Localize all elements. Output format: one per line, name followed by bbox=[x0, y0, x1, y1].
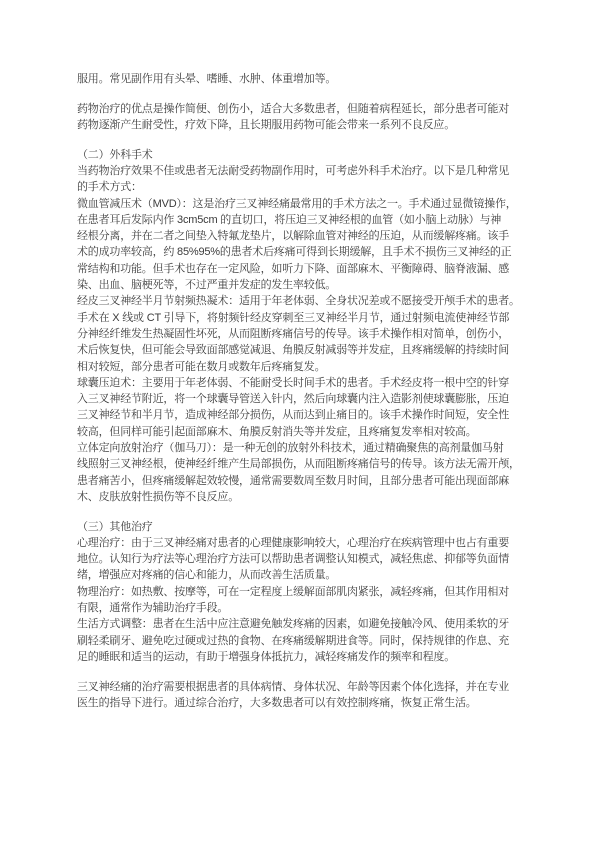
text-line: 常结构和功能。但手术也存在一定风险，如听力下降、面部麻木、平衡障碍、脑脊液漏、感 bbox=[77, 261, 518, 277]
document-body: 服用。常见副作用有头晕、嗜睡、水肿、体重增加等。药物治疗的优点是操作简便、创伤小… bbox=[77, 71, 518, 711]
text-line: 医生的指导下进行。通过综合治疗，大多数患者可以有效控制疼痛，恢复正常生活。 bbox=[77, 695, 518, 711]
text-line: 服用。常见副作用有头晕、嗜睡、水肿、体重增加等。 bbox=[77, 71, 518, 87]
text-line: 分神经纤维发生热凝固性坏死，从而阻断疼痛信号的传导。该手术操作相对简单，创伤小， bbox=[77, 326, 518, 342]
text-line: 手术在 X 线或 CT 引导下，将射频针经皮穿刺至三叉神经半月节，通过射频电流使… bbox=[77, 310, 518, 326]
blank-line bbox=[77, 133, 518, 146]
text-line: 经皮三叉神经半月节射频热凝术：适用于年老体弱、全身状况差或不愿接受开颅手术的患者… bbox=[77, 293, 518, 309]
text-line: 药物治疗的优点是操作简便、创伤小，适合大多数患者，但随着病程延长，部分患者可能对 bbox=[77, 101, 518, 117]
blank-line bbox=[77, 665, 518, 678]
text-line: 生活方式调整：患者在生活中应注意避免触发疼痛的因素，如避免接触冷风、使用柔软的牙 bbox=[77, 616, 518, 632]
text-line: 相对较短，部分患者可能在数月或数年后疼痛复发。 bbox=[77, 359, 518, 375]
text-line: 染、出血、脑梗死等，不过严重并发症的发生率较低。 bbox=[77, 277, 518, 293]
text-line: 刷轻柔刷牙、避免吃过硬或过热的食物、在疼痛缓解期进食等。同时，保持规律的作息、充 bbox=[77, 633, 518, 649]
text-line: 患者痛苦小，但疼痛缓解起效较慢，通常需要数周至数月时间，且部分患者可能出现面部麻 bbox=[77, 473, 518, 489]
text-line: 足的睡眠和适当的运动，有助于增强身体抵抗力，减轻疼痛发作的频率和程度。 bbox=[77, 649, 518, 665]
text-line: 绪，增强应对疼痛的信心和能力，从而改善生活质量。 bbox=[77, 567, 518, 583]
text-line: 木、皮肤放射性损伤等不良反应。 bbox=[77, 489, 518, 505]
document-page: 服用。常见副作用有头晕、嗜睡、水肿、体重增加等。药物治疗的优点是操作简便、创伤小… bbox=[0, 0, 595, 841]
text-line: 的手术方式： bbox=[77, 179, 518, 195]
text-line: 有限，通常作为辅助治疗手段。 bbox=[77, 600, 518, 616]
blank-line bbox=[77, 87, 518, 100]
text-line: 线照射三叉神经根，使神经纤维产生局部损伤，从而阻断疼痛信号的传导。该方法无需开颅… bbox=[77, 456, 518, 472]
text-line: 物理治疗：如热敷、按摩等，可在一定程度上缓解面部肌肉紧张，减轻疼痛，但其作用相对 bbox=[77, 584, 518, 600]
section-heading: （二）外科手术 bbox=[77, 147, 518, 163]
text-line: 地位。认知行为疗法等心理治疗方法可以帮助患者调整认知模式，减轻焦虑、抑郁等负面情 bbox=[77, 551, 518, 567]
text-line: 术后恢复快，但可能会导致面部感觉减退、角膜反射减弱等并发症，且疼痛缓解的持续时间 bbox=[77, 342, 518, 358]
text-line: 心理治疗：由于三叉神经痛对患者的心理健康影响较大，心理治疗在疾病管理中也占有重要 bbox=[77, 535, 518, 551]
text-line: 较高，但同样可能引起面部麻木、角膜反射消失等并发症，且疼痛复发率相对较高。 bbox=[77, 424, 518, 440]
text-line: 当药物治疗效果不佳或患者无法耐受药物副作用时，可考虑外科手术治疗。以下是几种常见 bbox=[77, 163, 518, 179]
blank-line bbox=[77, 505, 518, 518]
text-line: 入三叉神经节附近，将一个球囊导管送入针内，然后向球囊内注入造影剂使球囊膨胀，压迫 bbox=[77, 391, 518, 407]
text-line: 术的成功率较高，约 85%95%的患者术后疼痛可得到长期缓解，且手术不损伤三叉神… bbox=[77, 244, 518, 260]
text-line: 经根分离，并在二者之间垫入特氟龙垫片，以解除血管对神经的压迫，从而缓解疼痛。该手 bbox=[77, 228, 518, 244]
text-line: 药物逐渐产生耐受性，疗效下降，且长期服用药物可能会带来一系列不良反应。 bbox=[77, 117, 518, 133]
text-line: 球囊压迫术：主要用于年老体弱、不能耐受长时间手术的患者。手术经皮将一根中空的针穿 bbox=[77, 375, 518, 391]
text-line: 微血管减压术（MVD）：这是治疗三叉神经痛最常用的手术方法之一。手术通过显微镜操… bbox=[77, 196, 518, 212]
text-line: 三叉神经节和半月节，造成神经部分损伤，从而达到止痛目的。该手术操作时间短，安全性 bbox=[77, 407, 518, 423]
text-line: 立体定向放射治疗（伽马刀）：是一种无创的放射外科技术，通过精确聚焦的高剂量伽马射 bbox=[77, 440, 518, 456]
section-heading: （三）其他治疗 bbox=[77, 519, 518, 535]
text-line: 三叉神经痛的治疗需要根据患者的具体病情、身体状况、年龄等因素个体化选择，并在专业 bbox=[77, 679, 518, 695]
text-line: 在患者耳后发际内作 3cm5cm 的直切口，将压迫三叉神经根的血管（如小脑上动脉… bbox=[77, 212, 518, 228]
